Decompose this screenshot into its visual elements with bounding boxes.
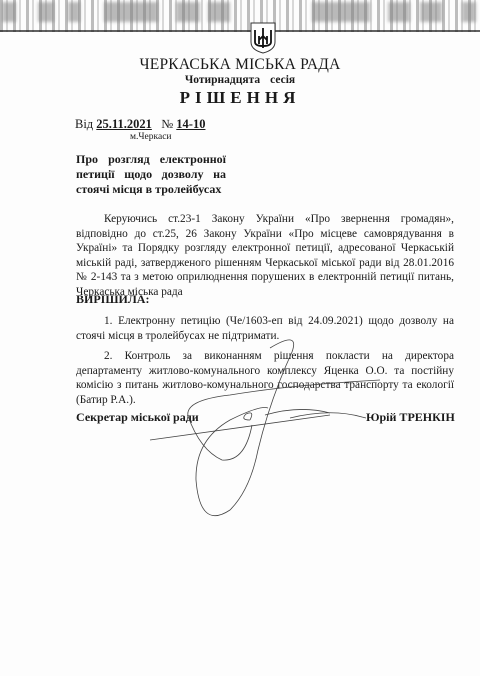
resolved-heading: ВИРІШИЛА: <box>76 292 149 307</box>
subject-line-3: стоячі місця в тролейбусах <box>76 182 226 197</box>
scan-artifact-band <box>0 0 480 32</box>
date-prefix: Від <box>75 117 93 131</box>
session-label: сесія <box>270 74 295 86</box>
scan-artifact-line <box>0 30 480 32</box>
resolution-item-2: 2. Контроль за виконанням рішення поклас… <box>76 349 454 407</box>
session-number: Чотирнадцята <box>185 74 260 86</box>
signatory-position: Секретар міської ради <box>76 410 199 425</box>
decision-date: 25.11.2021 <box>96 117 152 131</box>
session-title: Чотирнадцятасесія <box>0 74 480 86</box>
number-prefix: № <box>161 117 173 131</box>
subject-line-1: Про розгляд електронної <box>76 152 226 167</box>
city: м.Черкаси <box>130 132 172 142</box>
preamble-paragraph: Керуючись ст.23-1 Закону України «Про зв… <box>76 212 454 299</box>
document-type-title: РІШЕННЯ <box>0 88 480 108</box>
ukraine-trident-emblem-icon <box>250 22 276 54</box>
decision-number: 14-10 <box>176 117 205 131</box>
decision-subject: Про розгляд електронної петиції щодо доз… <box>76 152 226 197</box>
date-number-line: Від 25.11.2021 № 14-10 <box>75 117 205 132</box>
council-name: ЧЕРКАСЬКА МІСЬКА РАДА <box>0 56 480 74</box>
resolution-item-1: 1. Електронну петицію (Че/1603-еп від 24… <box>76 314 454 343</box>
subject-line-2: петиції щодо дозволу на <box>76 167 226 182</box>
signatory-name: Юрій ТРЕНКІН <box>366 410 455 425</box>
